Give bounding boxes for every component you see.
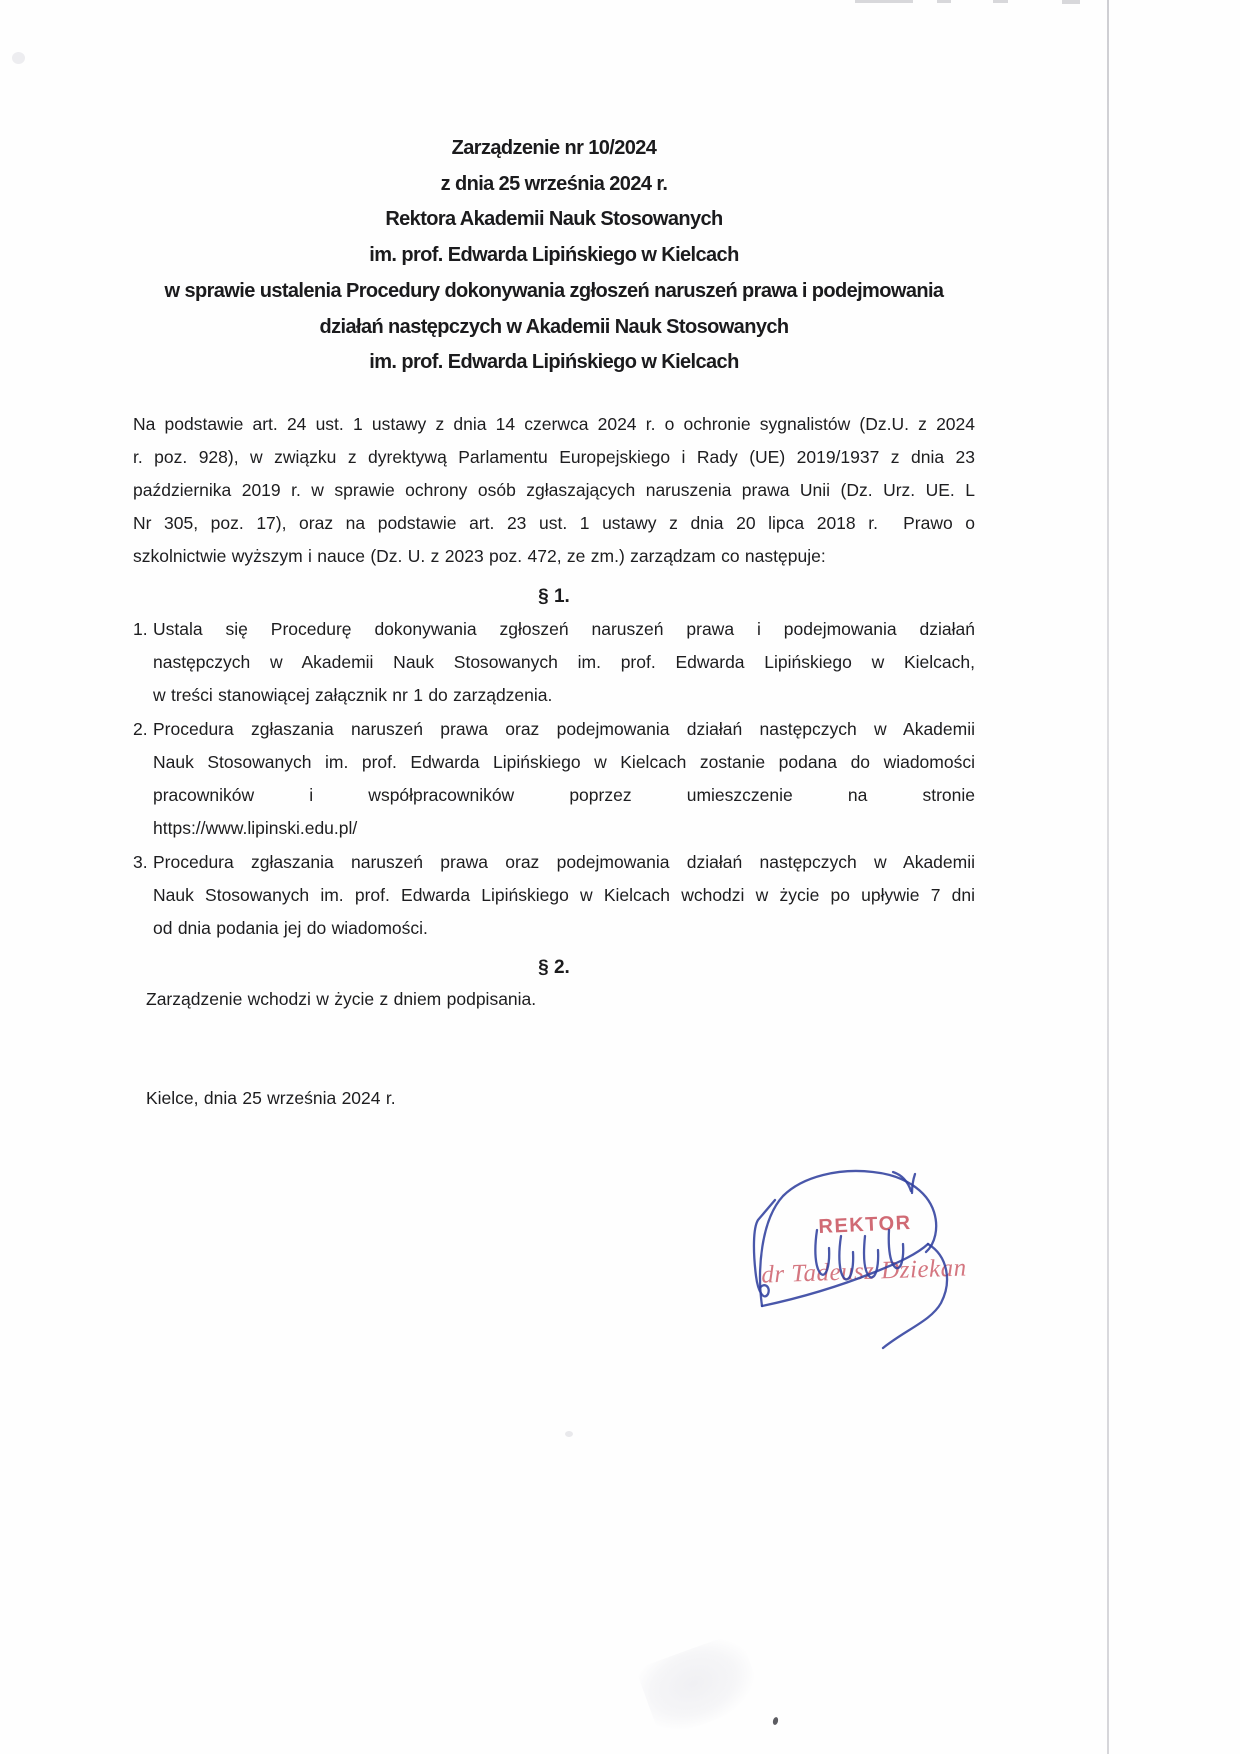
scan-speck [772, 1717, 779, 1726]
list-item-line: od dnia podania jej do wiadomości. [153, 912, 975, 945]
list-item: 1. Ustala się Procedurę dokonywania zgło… [133, 613, 975, 712]
title-line: w sprawie ustalenia Procedury dokonywani… [133, 274, 975, 310]
stamp-signature-area: REKTOR dr Tadeusz Dziekan [745, 1160, 1005, 1360]
closing-sentence: Zarządzenie wchodzi w życie z dniem podp… [146, 983, 975, 1016]
list-item-number: 1. [133, 613, 148, 646]
document-title: Zarządzenie nr 10/2024 z dnia 25 wrześni… [133, 131, 975, 381]
list-item-line: Procedura zgłaszania naruszeń prawa oraz… [153, 713, 975, 746]
list-item: 2. Procedura zgłaszania naruszeń prawa o… [133, 713, 975, 845]
title-line: z dnia 25 września 2024 r. [133, 167, 975, 203]
title-line: Zarządzenie nr 10/2024 [133, 131, 975, 167]
paragraph-line: szkolnictwie wyższym i nauce (Dz. U. z 2… [133, 540, 975, 573]
scan-smudge [1062, 0, 1080, 4]
list-item-line: pracowników i współpracowników poprzez u… [153, 779, 975, 812]
title-line: im. prof. Edwarda Lipińskiego w Kielcach [133, 238, 975, 274]
title-line: Rektora Akademii Nauk Stosowanych [133, 202, 975, 238]
title-line: działań następczych w Akademii Nauk Stos… [133, 310, 975, 346]
scan-smudge [12, 52, 25, 64]
scan-smudge [635, 1631, 764, 1739]
legal-basis-paragraph: Na podstawie art. 24 ust. 1 ustawy z dni… [133, 408, 975, 573]
paragraph-line: października 2019 r. w sprawie ochrony o… [133, 474, 975, 507]
list-item-line: Nauk Stosowanych im. prof. Edwarda Lipiń… [153, 746, 975, 779]
section-1-label: § 1. [133, 580, 975, 613]
title-line: im. prof. Edwarda Lipińskiego w Kielcach [133, 345, 975, 381]
scan-smudge [937, 0, 951, 3]
list-item-line: Ustala się Procedurę dokonywania zgłosze… [153, 613, 975, 646]
page-edge-shadow [1107, 0, 1109, 1754]
list-item-line: w treści stanowiącej załącznik nr 1 do z… [153, 679, 975, 712]
list-item-line: Nauk Stosowanych im. prof. Edwarda Lipiń… [153, 879, 975, 912]
stamp-title-rektor: REKTOR [818, 1212, 912, 1238]
scanned-document-page: Zarządzenie nr 10/2024 z dnia 25 wrześni… [0, 0, 1240, 1754]
scan-smudge [565, 1431, 573, 1437]
list-item: 3. Procedura zgłaszania naruszeń prawa o… [133, 846, 975, 945]
list-item-line: Procedura zgłaszania naruszeń prawa oraz… [153, 846, 975, 879]
place-date-line: Kielce, dnia 25 września 2024 r. [146, 1082, 746, 1115]
paragraph-line: Nr 305, poz. 17), oraz na podstawie art.… [133, 507, 975, 540]
list-item-line: następczych w Akademii Nauk Stosowanych … [153, 646, 975, 679]
list-item-number: 2. [133, 713, 148, 746]
section-2-label: § 2. [133, 951, 975, 984]
scan-smudge [855, 0, 913, 3]
list-item-url: https://www.lipinski.edu.pl/ [153, 812, 975, 845]
paragraph-line: Na podstawie art. 24 ust. 1 ustawy z dni… [133, 408, 975, 441]
scan-smudge [993, 0, 1008, 3]
list-item-number: 3. [133, 846, 148, 879]
paragraph-line: r. poz. 928), w związku z dyrektywą Parl… [133, 441, 975, 474]
stamp-graphic: REKTOR dr Tadeusz Dziekan [745, 1160, 1005, 1360]
